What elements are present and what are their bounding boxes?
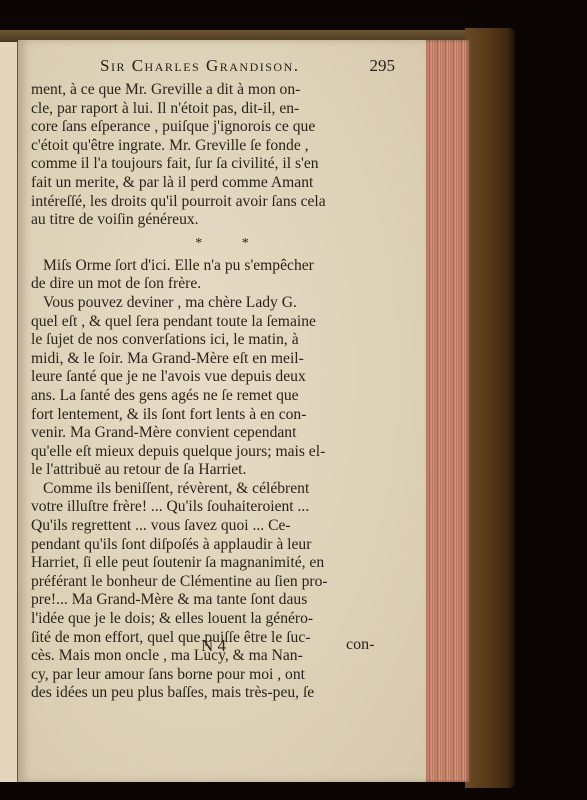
paragraph-4: Comme ils beniſſent, révèrent, & célébre… — [31, 480, 371, 703]
page-fore-edge — [426, 40, 470, 782]
page-number: 295 — [370, 56, 396, 76]
text-line: fort lentement, & ils ſont fort lents à … — [31, 406, 371, 425]
text-line: Miſs Orme ſort d'ici. Elle n'a pu s'empê… — [31, 257, 371, 276]
text-line: pre!... Ma Grand-Mère & ma tante ſont da… — [31, 591, 371, 610]
text-line: le l'attribuë au retour de ſa Harriet. — [31, 461, 371, 480]
catchword: con- — [346, 636, 374, 654]
text-line: votre illuſtre frère! ... Qu'ils ſouhait… — [31, 498, 371, 517]
page-text: ment, à ce que Mr. Greville a dit à mon … — [31, 81, 371, 703]
text-line: quel eſt , & quel ſera pendant toute la … — [31, 313, 371, 332]
text-line: core ſans eſperance , puiſque j'ignorois… — [31, 118, 371, 137]
signature-mark: N 4 — [201, 636, 226, 656]
text-line: l'idée que je le dois; & elles louent la… — [31, 610, 371, 629]
text-line: venir. Ma Grand-Mère convient cependant — [31, 424, 371, 443]
paragraph-2: Miſs Orme ſort d'ici. Elle n'a pu s'empê… — [31, 257, 371, 294]
text-line: ans. La ſanté des gens agés ne ſe remet … — [31, 387, 371, 406]
text-line: leure ſanté que je ne l'avois vue depuis… — [31, 368, 371, 387]
paragraph-3: Vous pouvez deviner , ma chère Lady G. q… — [31, 294, 371, 480]
text-line: cy, par leur amour ſans borne pour moi ,… — [31, 666, 371, 685]
text-line: Comme ils beniſſent, révèrent, & célébre… — [31, 480, 371, 499]
book-page: Sir Charles Grandison. 295 ment, à ce qu… — [18, 40, 426, 782]
text-line: ment, à ce que Mr. Greville a dit à mon … — [31, 81, 371, 100]
text-line: intéreſſé, les droits qu'il pourroit avo… — [31, 193, 371, 212]
leather-cover — [465, 28, 515, 788]
text-line: cle, par raport à lui. Il n'étoit pas, d… — [31, 100, 371, 119]
section-separator: * * — [31, 230, 371, 257]
left-page-edge — [0, 42, 18, 782]
text-line: Vous pouvez deviner , ma chère Lady G. — [31, 294, 371, 313]
text-line: des idées un peu plus baſſes, mais très-… — [31, 684, 371, 703]
text-line: de dire un mot de ſon frère. — [31, 275, 371, 294]
text-line: Qu'ils regrettent ... vous ſavez quoi ..… — [31, 517, 371, 536]
text-line: au titre de voiſin généreux. — [31, 211, 371, 230]
text-line: qu'elle eſt mieux depuis quelque jours; … — [31, 443, 371, 462]
text-line: pendant qu'ils ſont diſpoſés à applaudir… — [31, 536, 371, 555]
text-line: préférant le bonheur de Clémentine au ſi… — [31, 573, 371, 592]
text-line: fait un merite, & par là il perd comme A… — [31, 174, 371, 193]
paragraph-1: ment, à ce que Mr. Greville a dit à mon … — [31, 81, 371, 230]
running-title: Sir Charles Grandison. — [100, 56, 300, 76]
text-line: c'étoit qu'être ingrate. Mr. Greville ſe… — [31, 137, 371, 156]
text-line: le ſujet de nos converſations ici, le ma… — [31, 331, 371, 350]
page-header: Sir Charles Grandison. 295 — [60, 54, 395, 78]
text-line: midi, & le ſoir. Ma Grand-Mère eſt en me… — [31, 350, 371, 369]
text-line: Harriet, ſi elle peut ſoutenir ſa magnan… — [31, 554, 371, 573]
text-line: comme il l'a toujours fait, ſur ſa civil… — [31, 155, 371, 174]
